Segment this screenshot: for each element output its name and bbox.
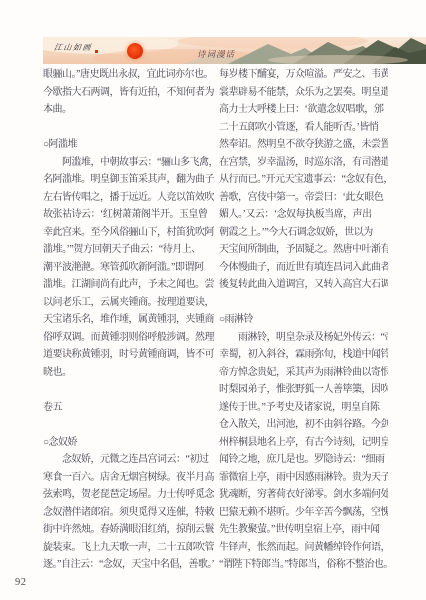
text-line <box>43 416 214 434</box>
text-line: 滥堆。江湖间尚有此声，予未之闻也。尝 <box>43 276 214 294</box>
text-line: 帝方悼念贵妃，采其声为雨淋铃曲以寄恨。 <box>219 364 388 382</box>
text-line: 遂传于世。”予考史及诸家说，明皇自陈 <box>219 399 388 417</box>
text-line: 逐。”自注云：“念奴，天宝中名倡，善歌。” <box>43 556 214 574</box>
text-line: 俗呼双调。而黄锺羽则俗呼般涉调。然理 <box>43 329 214 347</box>
text-line: 幸此宫来。至今风俗骊山下，村笛犹吹阿 <box>43 224 214 242</box>
text-line <box>43 381 214 399</box>
text-line: 名阿滥堆。明皇御玉笛采其声，翻为曲子名， <box>43 171 214 189</box>
text-line: 二十五郎吹小管逐，看人能听否。’皆悄 <box>219 119 388 137</box>
text-line: 晓也。 <box>43 364 214 382</box>
text-line: 弦索鸣，贺老琵琶定场屋。力士传呼觅念奴， <box>43 486 214 504</box>
text-line: 街中许然烛。春娇满眼泪红绡，掠削云鬟 <box>43 521 214 539</box>
text-line: 故张祜诗云：‘红树萧萧阁半开。玉皇曾 <box>43 206 214 224</box>
sun-icon <box>127 43 143 59</box>
text-line: 今歇指大石两调，皆有近拍，不知何者为 <box>43 84 214 102</box>
text-line: 天宝间所制曲，予固疑之。然唐中叶渐有 <box>219 241 388 259</box>
text-line: 善歌，宫伎中第一。帝尝曰：‘此女眼色 <box>219 189 388 207</box>
banner-left-calligraphy: 江山如画 <box>53 42 93 53</box>
text-line: ○念奴娇 <box>43 434 214 452</box>
text-line: 念奴娇，元微之连昌宫词云：“初过 <box>43 451 214 469</box>
right-text-column: 每岁楼下酺宴，万众喧溢。严安之、韦黄裳辈辟易不能禁，众乐为之罢奏。明皇遣高力士大… <box>219 66 388 574</box>
text-line: 媚人。’又云：‘念奴每执板当席，声出 <box>219 206 388 224</box>
text-line: 时梨园弟子，惟张野狐一人善筚篥，因吹之， <box>219 381 388 399</box>
text-line: 後复转此曲入道调宫，又转入高宫大石调。 <box>219 276 388 294</box>
text-line: 先生教聚萤。”世传明皇宿上亭，雨中闻 <box>219 521 388 539</box>
text-line: 以问老乐工，云属夹锺商。按理道要诀， <box>43 294 214 312</box>
text-line: 念奴潜伴诸郎宿。须臾觅得又连催，特敕 <box>43 504 214 522</box>
text-line: 每岁楼下酺宴，万众喧溢。严安之、韦黄 <box>219 66 388 84</box>
seal-stamp-icon <box>95 50 98 53</box>
text-line: 闻铃之地，庶几是也。罗隐诗云：“细雨 <box>219 451 388 469</box>
text-line: 州梓桐县地名上亭，有古今诗刻，记明皇 <box>219 434 388 452</box>
text-line: 天宝诸乐名，堆作埵，属黄锺羽，夹锺商， <box>43 311 214 329</box>
text-line: ○阿滥堆 <box>43 136 214 154</box>
text-line: 卷五 <box>43 399 214 417</box>
text-line: 左右皆传唱之，播于远近。人竞以笛效吹， <box>43 189 214 207</box>
text-line: 从行而已。”开元天宝遗事云：“念奴有色， <box>219 171 388 189</box>
page-number: 92 <box>15 577 27 588</box>
text-line: ○雨淋铃 <box>219 311 388 329</box>
text-line: 本曲。 <box>43 101 214 119</box>
text-line <box>219 294 388 312</box>
text-line: 寒食一百六。店舍无烟宫树绿。夜半月高 <box>43 469 214 487</box>
text-line: 巴猿无赖不堪听。少年辛苦今飘荡，空愧 <box>219 504 388 522</box>
book-page: 江山如画 诗词漫话 眼骊山。”唐史既出永叔，宜此词亦尔也。今歇指大石两调，皆有近… <box>0 0 426 600</box>
text-line: 潮平波滟滟。寒管孤吹新阿滥。”即谓阿 <box>43 259 214 277</box>
text-line: 仓入散关，出河池，初不由斜谷路。今剑 <box>219 416 388 434</box>
text-line: 裳辈辟易不能禁，众乐为之罢奏。明皇遣 <box>219 84 388 102</box>
text-line: 朝霞之上。’”今大石调念奴娇，世以为 <box>219 224 388 242</box>
text-line <box>43 119 214 137</box>
text-line: 今体慢曲子，而近世有填连昌词入此曲者， <box>219 259 388 277</box>
chapter-header-banner: 江山如画 诗词漫话 <box>43 37 426 64</box>
left-text-column: 眼骊山。”唐史既出永叔，宜此词亦尔也。今歇指大石两调，皆有近拍，不知何者为本曲。… <box>43 66 214 574</box>
text-line: 幸蜀，初入斜谷，霖雨弥旬，栈道中闻铃声， <box>219 346 388 364</box>
banner-center-calligraphy: 诗词漫话 <box>197 48 235 60</box>
text-line: 雨淋铃，明皇杂录及杨妃外传云：“帝 <box>219 329 388 347</box>
text-line: 牛铎声，怅然而起。问黄幡绰铃作何语，曰： <box>219 539 388 557</box>
text-line: 阿滥堆，中朝故事云：“骊山多飞禽， <box>43 154 214 172</box>
text-line: 旋装束。飞上九天歌一声，二十五郎吹管 <box>43 539 214 557</box>
text-line: 霏微宿上亭，雨中因感雨淋铃。贵为天子 <box>219 469 388 487</box>
text-line: 高力士大呼楼上曰：‘欲遣念奴唱歌，邠 <box>219 101 388 119</box>
text-line: 犹魂断，穷著荷衣好涕零。剑水多端何处去， <box>219 486 388 504</box>
text-line: 滥堆。’”贺方回朝天子曲云：“待月上、 <box>43 241 214 259</box>
text-line: “谓陛下特郎当。”特郎当，俗称不整治也。 <box>219 556 388 574</box>
text-line: 在宫禁，岁幸温汤，时巡东洛，有司潜遣 <box>219 154 388 172</box>
text-line: 然奉诏。然明皇不欲夺狭游之盛，未尝置 <box>219 136 388 154</box>
text-line: 道要诀称黄锺羽，时号黄锺商调，皆不可 <box>43 346 214 364</box>
text-line: 眼骊山。”唐史既出永叔，宜此词亦尔也。 <box>43 66 214 84</box>
